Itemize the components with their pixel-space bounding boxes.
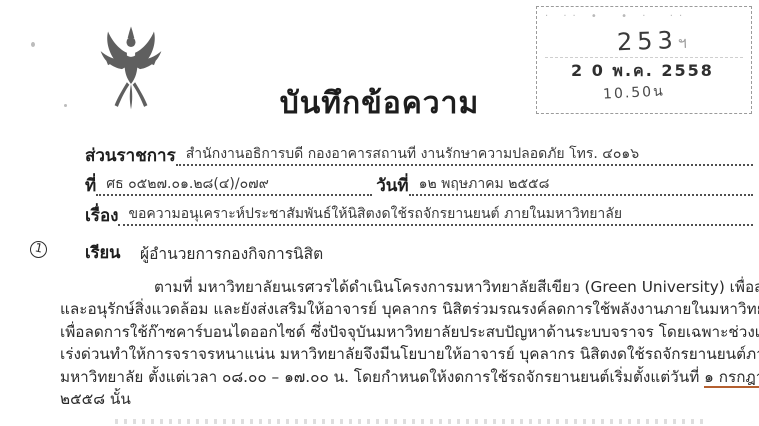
salutation-label: เรียน	[85, 240, 120, 266]
number-value: ศธ ๐๕๒๗.๐๑.๒๘(๔)/๐๗๙	[96, 175, 372, 196]
subject-line: เรื่อง ขอความอนุเคราะห์ประชาสัมพันธ์ให้น…	[85, 196, 753, 226]
number-date-line: ที่ ศธ ๐๕๒๗.๐๑.๒๘(๔)/๐๗๙ วันที่ ๑๒ พฤษภา…	[85, 166, 753, 196]
stamp-smudge: ฯ	[678, 33, 693, 52]
pen-underlined-date: ๑ กรกฎาคม	[704, 368, 759, 388]
subject-value: ขอความอนุเคราะห์ประชาสัมพันธ์ให้นิสิตงดใ…	[118, 205, 753, 226]
date-value: ๑๒ พฤษภาคม ๒๕๕๘	[409, 175, 753, 196]
photocopy-speck	[31, 42, 35, 47]
body-line: และอนุรักษ์สิ่งแวดล้อม และยังส่งเสริมให้…	[60, 298, 714, 320]
stamp-divider	[545, 57, 743, 58]
agency-line: ส่วนราชการ สำนักงานอธิการบดี กองอาคารสถา…	[85, 136, 753, 166]
agency-label: ส่วนราชการ	[85, 146, 176, 166]
body-line: เร่งด่วนทำให้การจราจรหนาแน่น มหาวิทยาลัย…	[60, 343, 714, 365]
memo-document-page: บันทึกข้อความ · ·· • • · ·· 253ฯ 2 0 พ.ค…	[0, 0, 759, 426]
annotation-mark: 1	[34, 240, 44, 255]
cutoff-next-line	[115, 419, 707, 424]
body-line: ๒๕๕๘ นั้น	[60, 388, 714, 410]
body-line: มหาวิทยาลัย ตั้งแต่เวลา ๐๘.๐๐ – ๑๗.๐๐ น.…	[60, 366, 714, 388]
header-fields: ส่วนราชการ สำนักงานอธิการบดี กองอาคารสถา…	[85, 136, 753, 226]
stamp-receive-number: 253ฯ	[617, 27, 744, 56]
stamp-time: 10.50น	[603, 78, 744, 103]
body-line: เพื่อลดการใช้ก๊าซคาร์บอนไดออกไซด์ ซึ่งปั…	[60, 321, 714, 343]
salutation-row: 1 เรียน ผู้อำนวยการกองกิจการนิสิต	[0, 240, 759, 264]
body-line: ตามที่ มหาวิทยาลัยนเรศวรได้ดำเนินโครงการ…	[60, 276, 714, 298]
date-label: วันที่	[376, 176, 408, 196]
received-stamp-box: · ·· • • · ·· 253ฯ 2 0 พ.ค. 2558 10.50น	[536, 6, 752, 114]
body-paragraph: ตามที่ มหาวิทยาลัยนเรศวรได้ดำเนินโครงการ…	[60, 276, 714, 410]
salutation-recipient: ผู้อำนวยการกองกิจการนิสิต	[140, 241, 323, 266]
agency-value: สำนักงานอธิการบดี กองอาคารสถานที่ งานรัก…	[176, 145, 753, 166]
subject-label: เรื่อง	[85, 206, 118, 226]
circled-number-annotation: 1	[30, 241, 47, 258]
number-label: ที่	[85, 176, 96, 196]
